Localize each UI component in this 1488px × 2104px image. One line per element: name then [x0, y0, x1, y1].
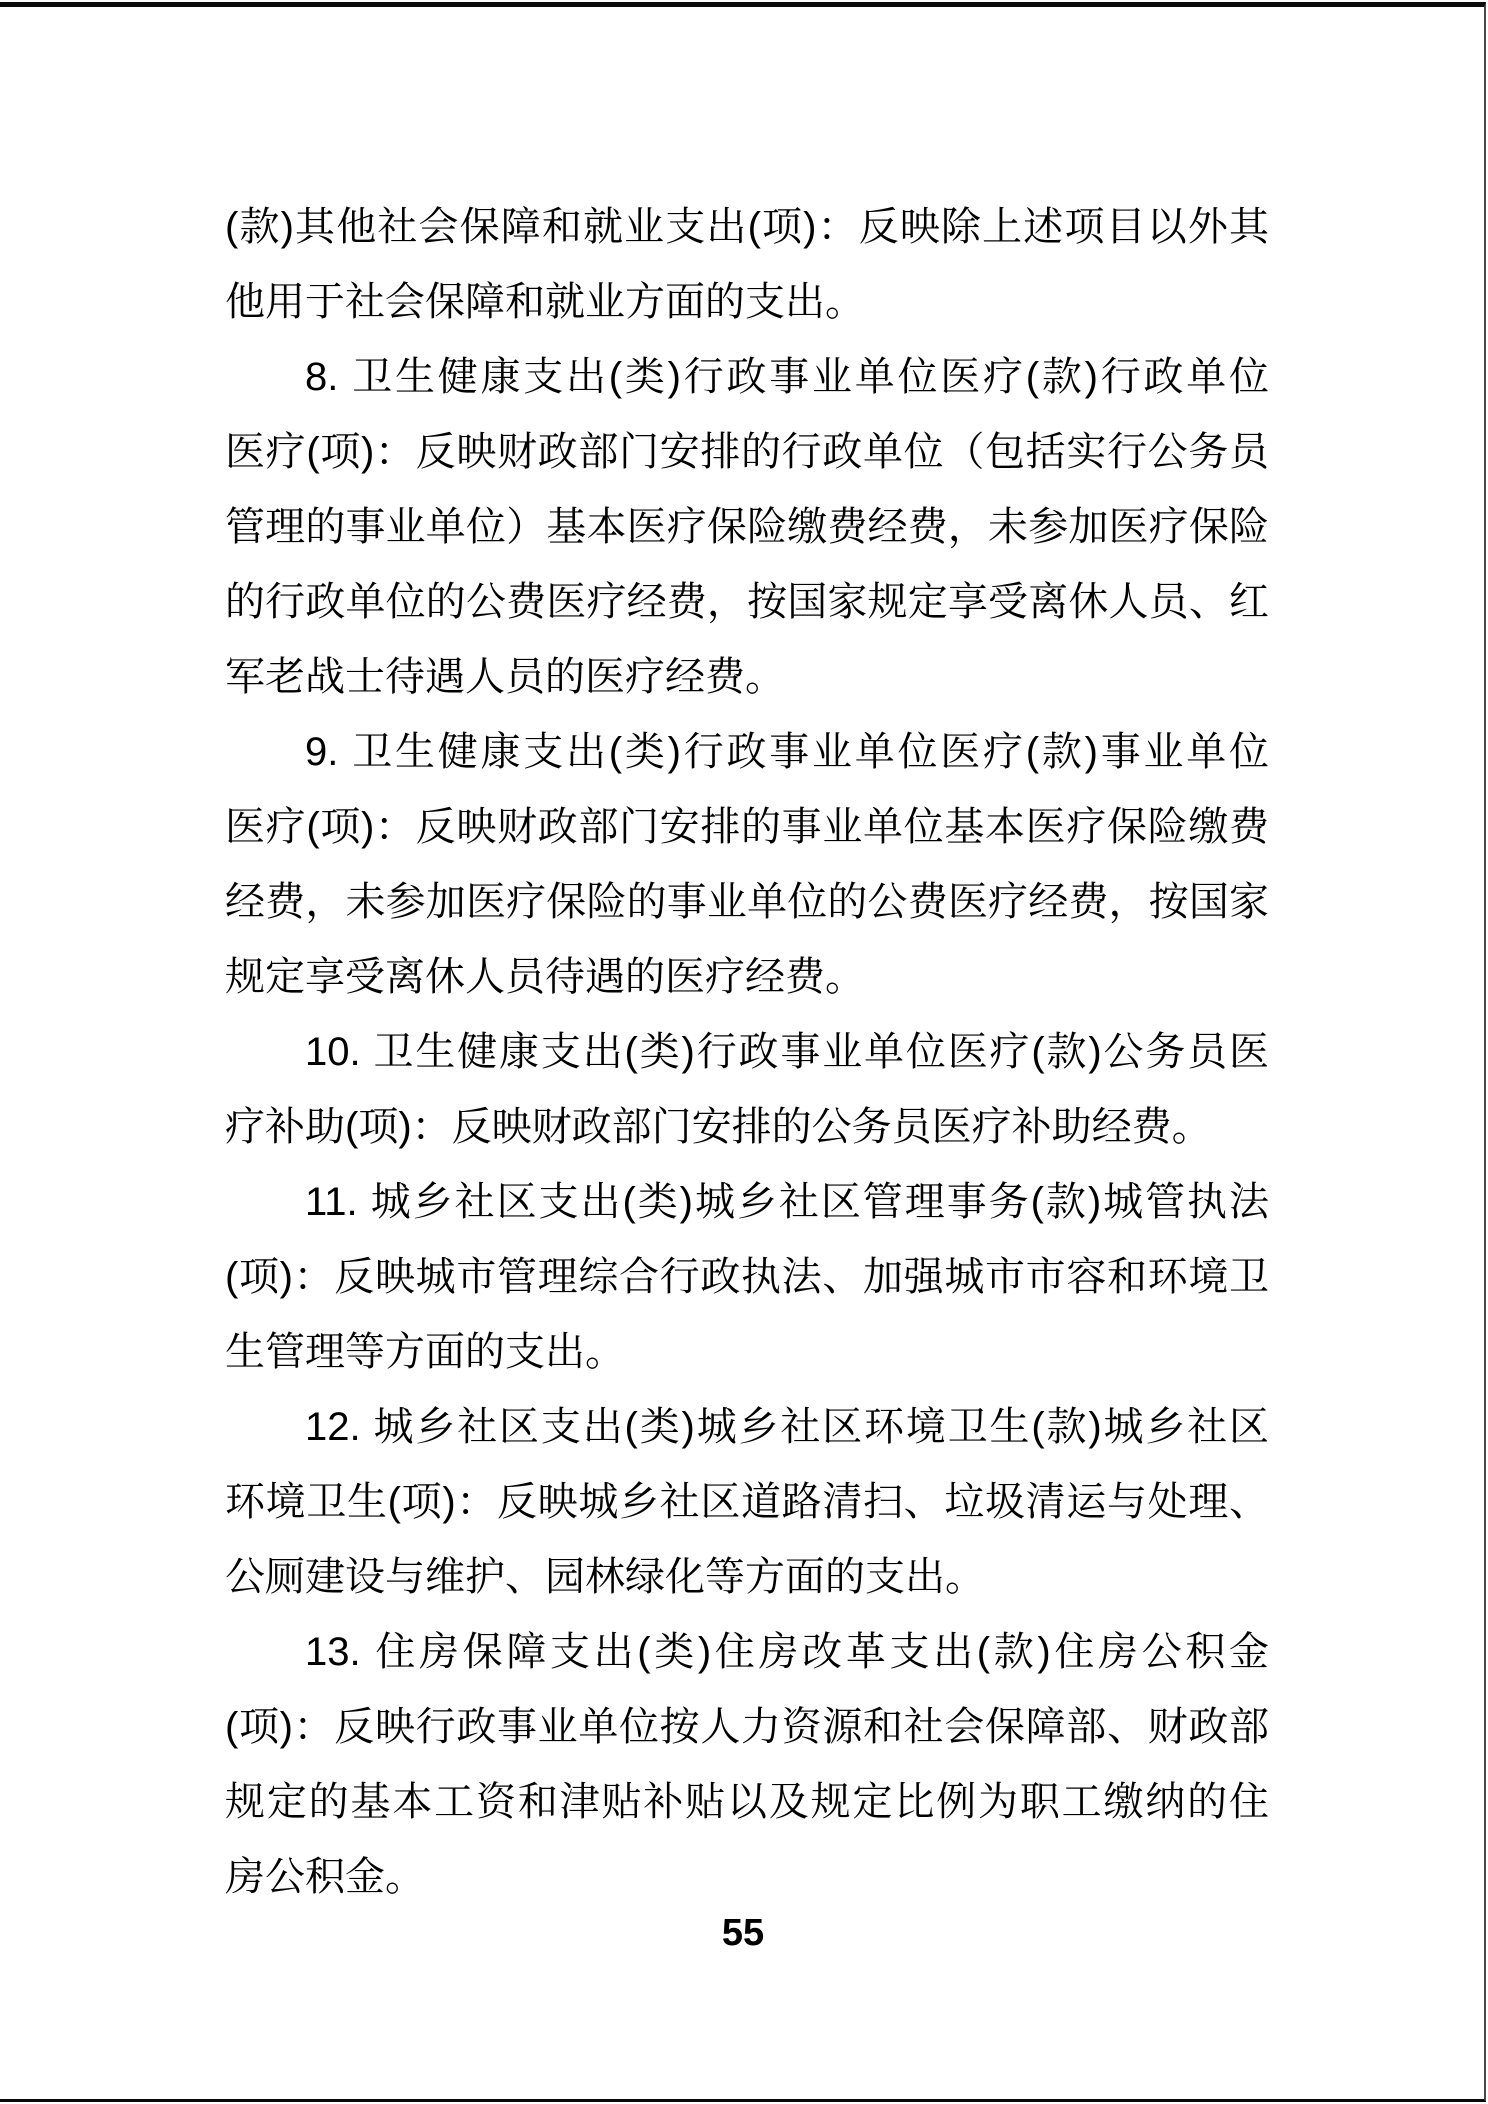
text-line: 军老战士待遇人员的医疗经费。 [225, 640, 1269, 715]
text-line: (项)：反映城市管理综合行政执法、加强城市市容和环境卫 [225, 1240, 1269, 1315]
text-line: 规定享受离休人员待遇的医疗经费。 [225, 940, 1269, 1015]
text-line: 管理的事业单位）基本医疗保险缴费经费，未参加医疗保险 [225, 490, 1269, 565]
text-line: 房公积金。 [225, 1840, 1269, 1915]
text-line: 13. 住房保障支出(类)住房改革支出(款)住房公积金 [225, 1615, 1269, 1690]
text-line: 医疗(项)：反映财政部门安排的行政单位（包括实行公务员 [225, 415, 1269, 490]
text-line: 医疗(项)：反映财政部门安排的事业单位基本医疗保险缴费 [225, 790, 1269, 865]
text-line: 环境卫生(项)：反映城乡社区道路清扫、垃圾清运与处理、 [225, 1465, 1269, 1540]
text-line: 9. 卫生健康支出(类)行政事业单位医疗(款)事业单位 [225, 715, 1269, 790]
text-line: (项)：反映行政事业单位按人力资源和社会保障部、财政部 [225, 1690, 1269, 1765]
text-line: 8. 卫生健康支出(类)行政事业单位医疗(款)行政单位 [225, 340, 1269, 415]
text-line: 规定的基本工资和津贴补贴以及规定比例为职工缴纳的住 [225, 1765, 1269, 1840]
text-line: 11. 城乡社区支出(类)城乡社区管理事务(款)城管执法 [225, 1165, 1269, 1240]
text-line: (款)其他社会保障和就业支出(项)：反映除上述项目以外其 [225, 190, 1269, 265]
text-line: 10. 卫生健康支出(类)行政事业单位医疗(款)公务员医 [225, 1015, 1269, 1090]
page-number: 55 [0, 1912, 1486, 1954]
text-line: 生管理等方面的支出。 [225, 1315, 1269, 1390]
text-line: 12. 城乡社区支出(类)城乡社区环境卫生(款)城乡社区 [225, 1390, 1269, 1465]
text-line: 的行政单位的公费医疗经费，按国家规定享受离休人员、红 [225, 565, 1269, 640]
text-line: 经费，未参加医疗保险的事业单位的公费医疗经费，按国家 [225, 865, 1269, 940]
text-line: 公厕建设与维护、园林绿化等方面的支出。 [225, 1540, 1269, 1615]
text-line: 疗补助(项)：反映财政部门安排的公务员医疗补助经费。 [225, 1090, 1269, 1165]
text-block: (款)其他社会保障和就业支出(项)：反映除上述项目以外其他用于社会保障和就业方面… [225, 190, 1269, 1915]
text-line: 他用于社会保障和就业方面的支出。 [225, 265, 1269, 340]
